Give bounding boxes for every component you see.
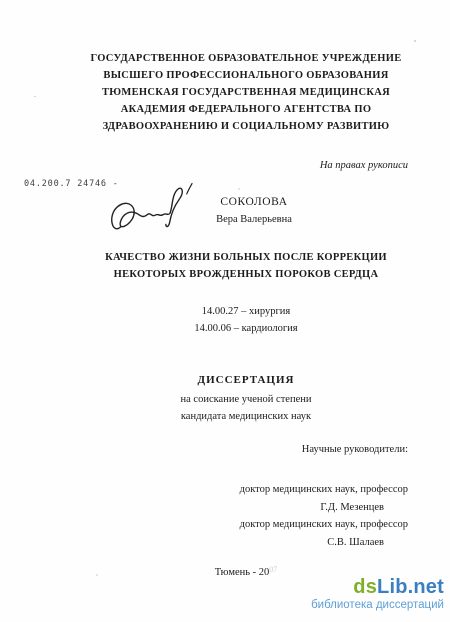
- specialty-line: 14.00.27 – хирургия: [42, 303, 450, 320]
- dslib-logo-prefix: ds: [353, 576, 377, 598]
- dissertation-title-page: ГОСУДАРСТВЕННОЕ ОБРАЗОВАТЕЛЬНОЕ УЧРЕЖДЕН…: [0, 0, 450, 622]
- dissertation-heading: ДИССЕРТАЦИЯ: [42, 374, 450, 386]
- dissertation-title-line: НЕКОТОРЫХ ВРОЖДЕННЫХ ПОРОКОВ СЕРДЦА: [42, 266, 450, 283]
- degree-subtitle-line: кандидата медицинских наук: [42, 408, 450, 425]
- dissertation-title-line: КАЧЕСТВО ЖИЗНИ БОЛЬНЫХ ПОСЛЕ КОРРЕКЦИИ: [42, 249, 450, 266]
- scan-speckle: [414, 40, 416, 42]
- supervisor-name: Г.Д. Мезенцев: [240, 499, 408, 517]
- degree-subtitle-line: на соискание ученой степени: [42, 391, 450, 408]
- supervisor-degree: доктор медицинских наук, профессор: [240, 481, 408, 499]
- city-year-faded-text: 07: [269, 565, 277, 574]
- supervisor-name: С.В. Шалаев: [240, 534, 408, 552]
- institution-header-line: ГОСУДАРСТВЕННОЕ ОБРАЗОВАТЕЛЬНОЕ УЧРЕЖДЕН…: [42, 50, 450, 67]
- dslib-subtitle: библиотека диссертаций: [311, 599, 444, 611]
- supervisors-list: доктор медицинских наук, профессор Г.Д. …: [240, 481, 408, 551]
- institution-header: ГОСУДАРСТВЕННОЕ ОБРАЗОВАТЕЛЬНОЕ УЧРЕЖДЕН…: [42, 50, 450, 135]
- supervisors-label: Научные руководители:: [302, 444, 408, 455]
- specialty-codes: 14.00.27 – хирургия 14.00.06 – кардиолог…: [42, 303, 450, 337]
- dissertation-degree-subtitle: на соискание ученой степени кандидата ме…: [42, 391, 450, 425]
- supervisor-degree: доктор медицинских наук, профессор: [240, 516, 408, 534]
- city-year-text: Тюмень - 20: [215, 567, 270, 578]
- scan-speckle: [34, 96, 36, 97]
- specialty-line: 14.00.06 – кардиология: [42, 320, 450, 337]
- author-surname: СОКОЛОВА: [54, 196, 450, 208]
- author-given-name: Вера Валерьевна: [54, 214, 450, 225]
- institution-header-line: ВЫСШЕГО ПРОФЕССИОНАЛЬНОГО ОБРАЗОВАНИЯ: [42, 67, 450, 84]
- institution-header-line: ЗДРАВООХРАНЕНИЮ И СОЦИАЛЬНОМУ РАЗВИТИЮ: [42, 118, 450, 135]
- manuscript-rights-note: На правах рукописи: [320, 160, 408, 171]
- author-block: СОКОЛОВА Вера Валерьевна: [54, 196, 450, 225]
- institution-header-line: ТЮМЕНСКАЯ ГОСУДАРСТВЕННАЯ МЕДИЦИНСКАЯ: [42, 84, 450, 101]
- dslib-logo: dsLib.net: [311, 577, 444, 598]
- scan-speckle: [238, 188, 240, 190]
- dslib-watermark: dsLib.net библиотека диссертаций: [311, 577, 444, 611]
- scan-speckle: [96, 574, 98, 576]
- institution-header-line: АКАДЕМИЯ ФЕДЕРАЛЬНОГО АГЕНТСТВА ПО: [42, 101, 450, 118]
- dslib-logo-suffix: Lib.net: [377, 576, 444, 598]
- dissertation-title: КАЧЕСТВО ЖИЗНИ БОЛЬНЫХ ПОСЛЕ КОРРЕКЦИИ Н…: [42, 249, 450, 283]
